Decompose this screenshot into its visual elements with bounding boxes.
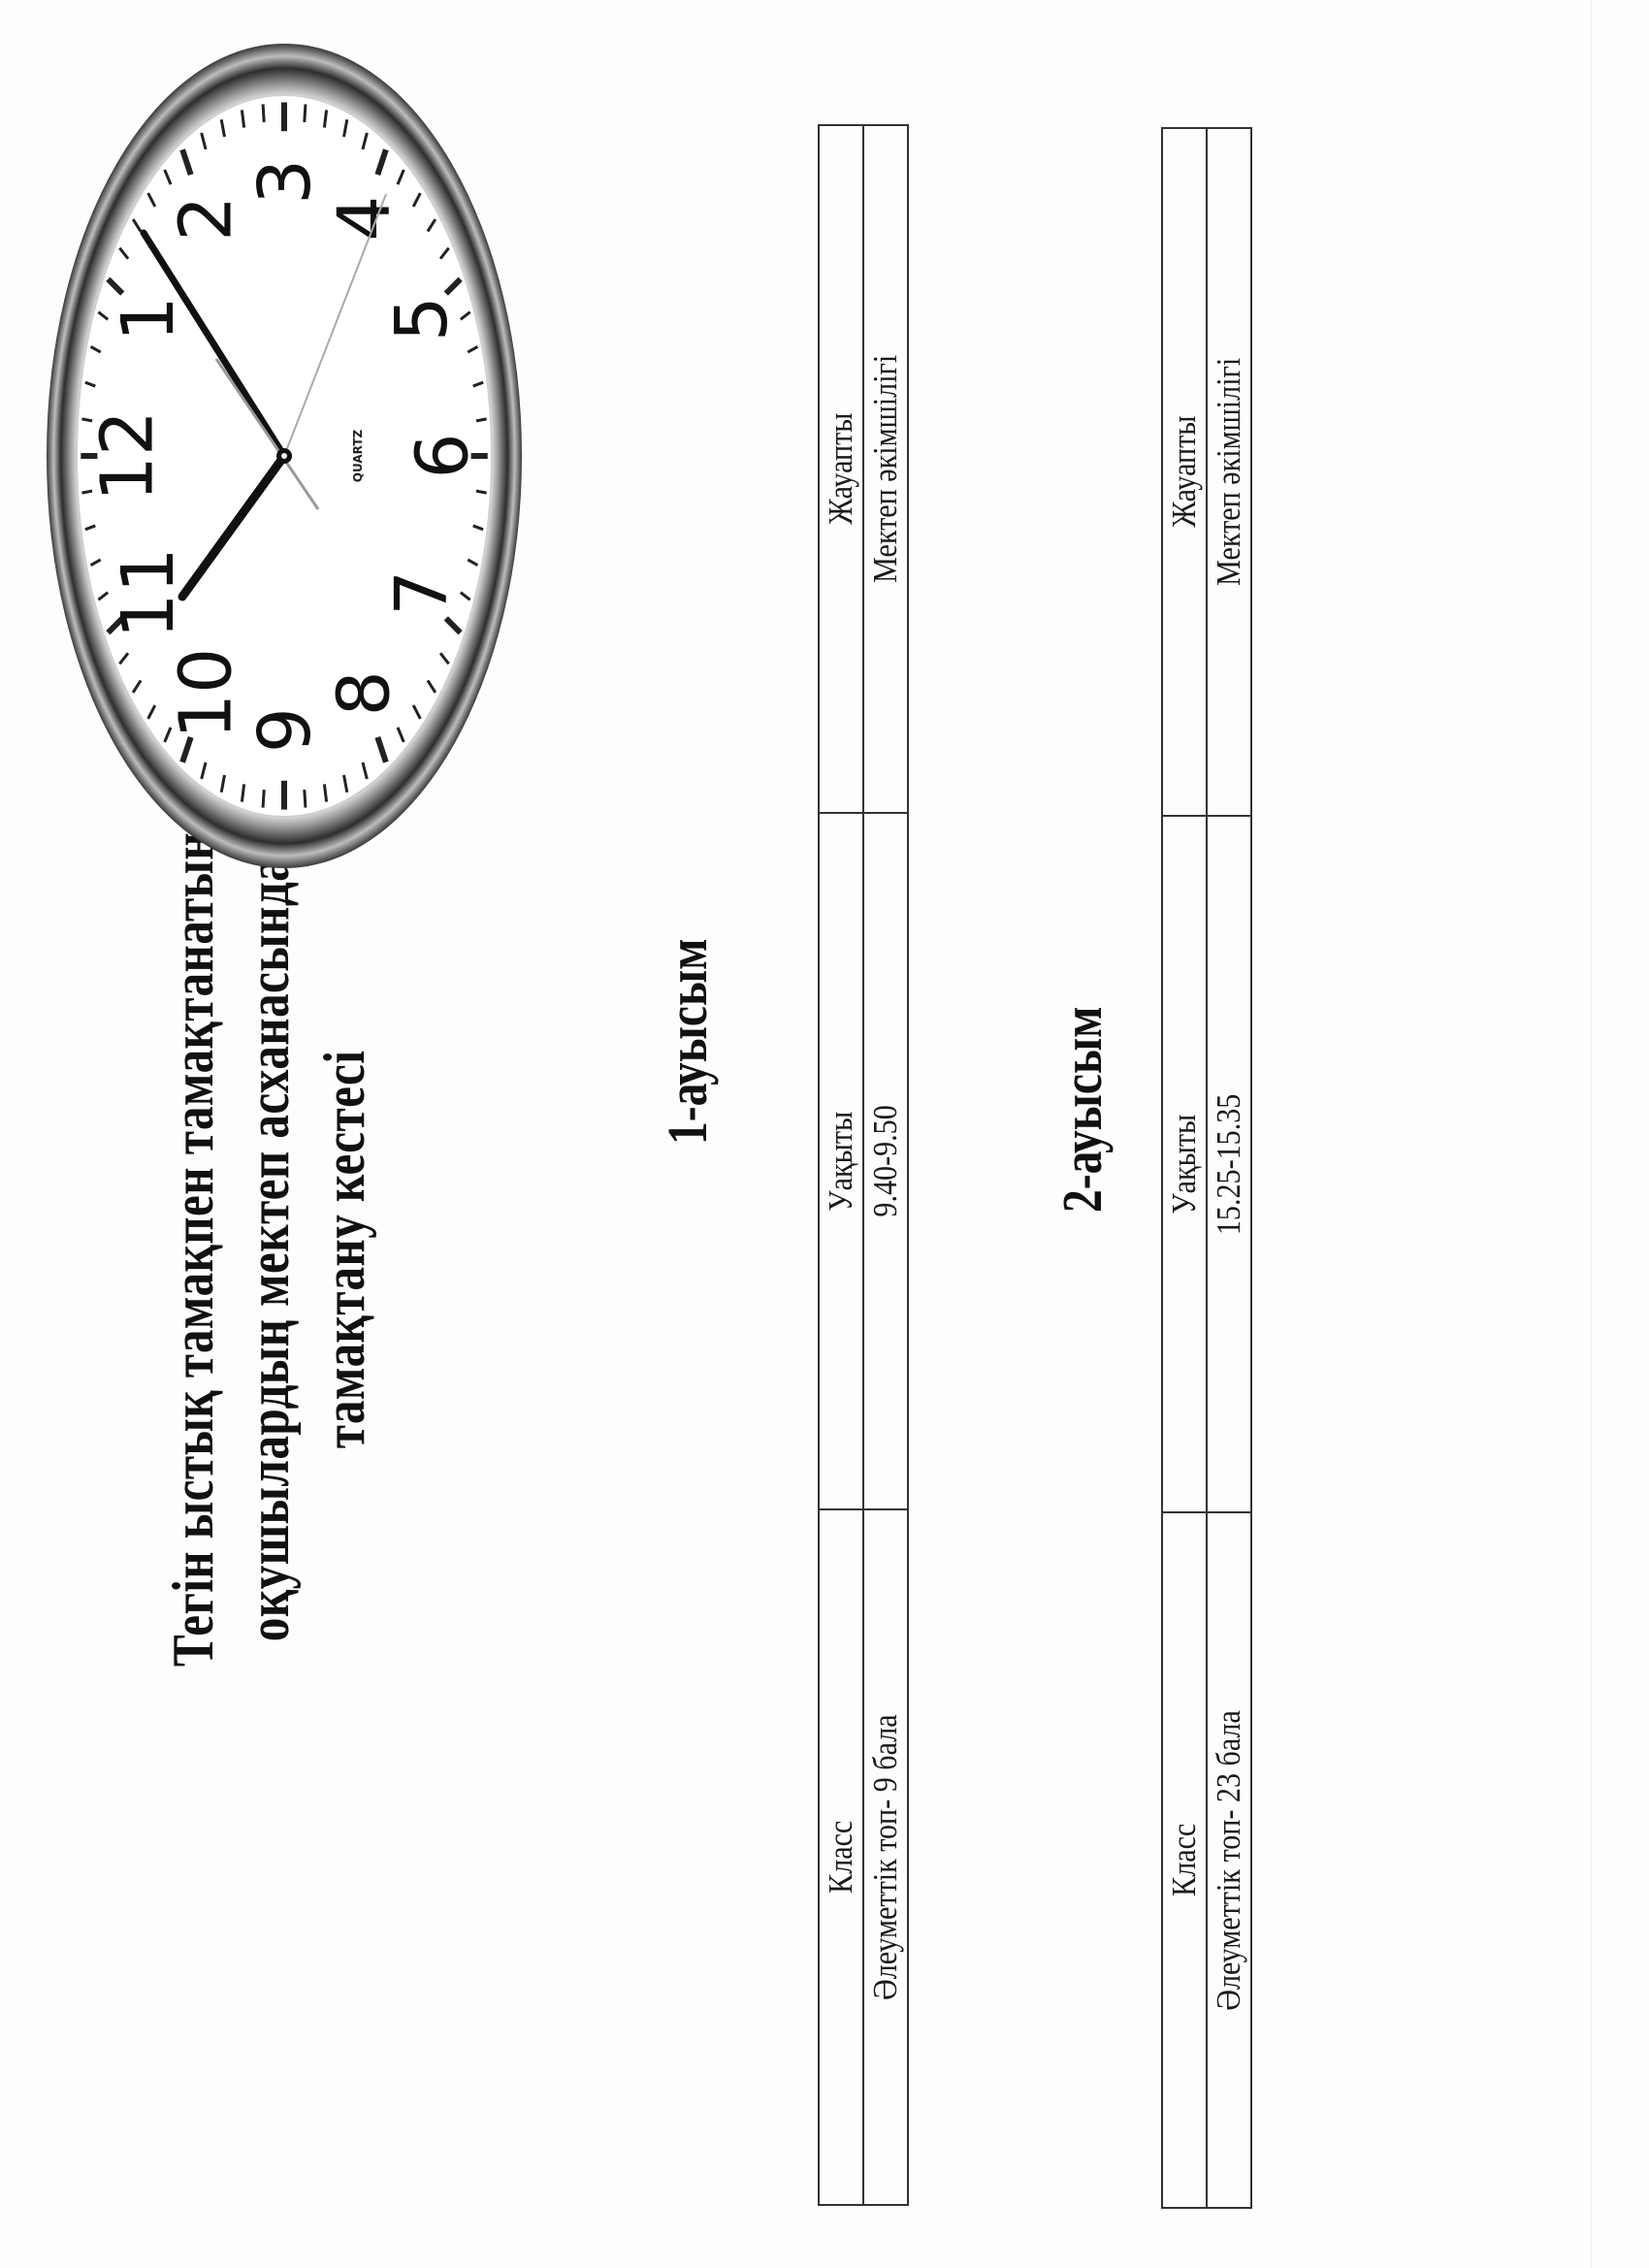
svg-text:10: 10 — [165, 648, 248, 739]
svg-text:4: 4 — [322, 196, 405, 242]
shift-2-table: Класс Уақыты Жауапты Әлеуметтік топ- 23 … — [1161, 127, 1252, 2209]
svg-text:7: 7 — [380, 570, 464, 616]
table-row: Әлеуметтік топ- 9 бала 9.40-9.50 Мектеп … — [863, 125, 908, 2205]
wall-clock-icon: 121234567891011 QUARTZ — [27, 39, 541, 873]
svg-text:2: 2 — [165, 196, 248, 242]
cell-time: 9.40-9.50 — [863, 813, 908, 1509]
svg-text:11: 11 — [107, 547, 190, 638]
header-class: Класс — [819, 1509, 863, 2205]
cell-responsible: Мектеп әкімшілігі — [863, 125, 908, 813]
header-time: Уақыты — [1162, 816, 1207, 1512]
scan-edge-line — [1591, 0, 1592, 2268]
table-header-row: Класс Уақыты Жауапты — [819, 125, 863, 2205]
svg-text:3: 3 — [243, 159, 327, 205]
svg-text:5: 5 — [380, 296, 464, 341]
svg-text:8: 8 — [322, 670, 405, 716]
table-row: Әлеуметтік топ- 23 бала 15.25-15.35 Мект… — [1207, 128, 1251, 2208]
shift-1-heading: 1-ауысым — [655, 938, 720, 1145]
shift-1-table: Класс Уақыты Жауапты Әлеуметтік топ- 9 б… — [818, 124, 909, 2206]
cell-class: Әлеуметтік топ- 9 бала — [863, 1509, 908, 2205]
cell-time: 15.25-15.35 — [1207, 816, 1251, 1512]
svg-text:QUARTZ: QUARTZ — [351, 429, 365, 482]
header-time: Уақыты — [819, 813, 863, 1509]
svg-text:9: 9 — [243, 707, 327, 753]
table-header-row: Класс Уақыты Жауапты — [1162, 128, 1207, 2208]
svg-text:1: 1 — [107, 296, 190, 341]
header-responsible: Жауапты — [1162, 128, 1207, 816]
svg-text:12: 12 — [85, 410, 169, 502]
cell-class: Әлеуметтік топ- 23 бала — [1207, 1512, 1251, 2208]
cell-responsible: Мектеп әкімшілігі — [1207, 128, 1251, 816]
document-page: Тегін ыстық тамақпен тамақтанатын оқушыл… — [0, 0, 1649, 2268]
shift-2-heading: 2-ауысым — [1050, 1006, 1115, 1213]
header-responsible: Жауапты — [819, 125, 863, 813]
header-class: Класс — [1162, 1512, 1207, 2208]
svg-text:6: 6 — [402, 433, 485, 478]
